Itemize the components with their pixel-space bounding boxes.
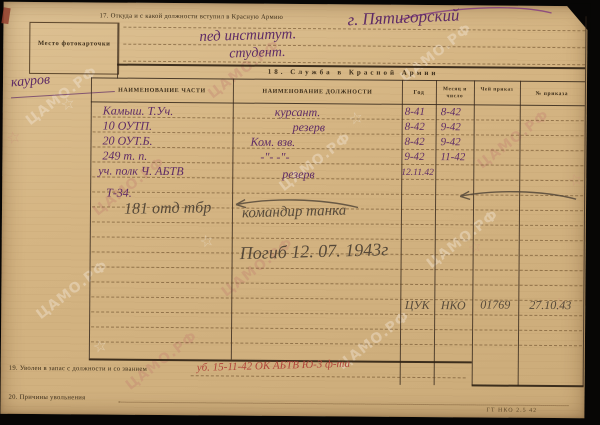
pencil-arrow (454, 188, 580, 205)
section-18-title: 18. Служба в Красной Армии (123, 68, 583, 79)
star-watermark: ☆ (91, 335, 110, 358)
cell-date: 8-42 (441, 106, 461, 118)
scan-corner-shadow (564, 3, 590, 33)
photo-box-label: Место фотокарточки (30, 39, 118, 50)
cell-unit: Камыш. Т.Уч. (103, 103, 174, 119)
red-edge-mark (1, 7, 10, 24)
col-header-unit: НАИМЕНОВАНИЕ ЧАСТИ (93, 87, 231, 95)
form-imprint: ГТ НКО 2.5 42 (486, 408, 537, 414)
surname-handwriting: кауров (10, 72, 50, 91)
field-17-entry-line1: г. Пятигорский (347, 5, 460, 30)
field-19-label: 19. Уволен в запас с должности и со зван… (9, 365, 147, 373)
order-org1: ЦУК (400, 298, 434, 313)
col-header-whose-order: Чей приказ (475, 86, 519, 93)
cell-year: 12.11.42 (401, 168, 434, 178)
field-17-entry-line2: пед институт. (199, 26, 296, 46)
cell-position: курсант. (275, 105, 321, 120)
cell-year: 8-42 (404, 136, 424, 148)
cell-date: 11-42 (440, 151, 465, 163)
col-header-order-number: № приказа (521, 91, 583, 98)
pencil-unit-note: 181 отд тбр (124, 199, 212, 219)
death-record-note: Погиб 12. 07. 1943г (239, 239, 388, 264)
cell-unit: уч. полк Ч. АБТВ (98, 163, 183, 179)
star-watermark: ☆ (59, 93, 78, 116)
cell-year: 8-41 (405, 106, 425, 118)
cell-position: -"- -"- (260, 150, 289, 165)
archive-watermark: ЦАМО.РФ (475, 107, 553, 172)
order-org2: НКО (434, 298, 472, 313)
cell-year: 8-42 (405, 121, 425, 133)
cell-year: 9-42 (404, 151, 424, 163)
order-number: 01769 (472, 297, 518, 312)
cell-position: резерв (293, 120, 326, 135)
cell-unit: 20 ОУТ.Б. (102, 133, 152, 148)
scanned-document-page: { "watermark": "ЦАМО.РФ", "colors": { "i… (0, 0, 600, 425)
pencil-position-note: командир танка (242, 203, 347, 223)
star-watermark: ☆ (197, 230, 216, 253)
order-date: 27.10.43 (518, 298, 582, 314)
field-20-label: 20. Причины увольнения (8, 394, 85, 402)
col-header-year: Год (402, 90, 436, 97)
cell-date: 9-42 (440, 136, 460, 148)
field-17-entry-line3: студент. (229, 45, 286, 63)
cell-unit: 249 т. п. (102, 148, 147, 163)
col-header-month-day: Месяц и число (437, 86, 473, 100)
tank-model-note: Т-34. (106, 186, 132, 201)
cell-position: резерв (282, 167, 315, 182)
cell-position: Ком. взв. (250, 135, 295, 150)
photo-placeholder-box: Место фотокарточки (29, 22, 119, 75)
record-card-paper: ЦАМО.РФ ЦАМО.РФ ЦАМО.РФ ЦАМО.РФ ЦАМО.РФ … (0, 2, 587, 419)
cell-date: 9-42 (441, 121, 461, 133)
cell-unit: 10 ОУТП. (103, 118, 153, 133)
col-header-position: НАИМЕНОВАНИЕ ДОЛЖНОСТИ (235, 89, 400, 97)
field-17-label: 17. Откуда и с какой должности вступил в… (99, 12, 283, 20)
star-watermark: ☆ (4, 126, 23, 149)
